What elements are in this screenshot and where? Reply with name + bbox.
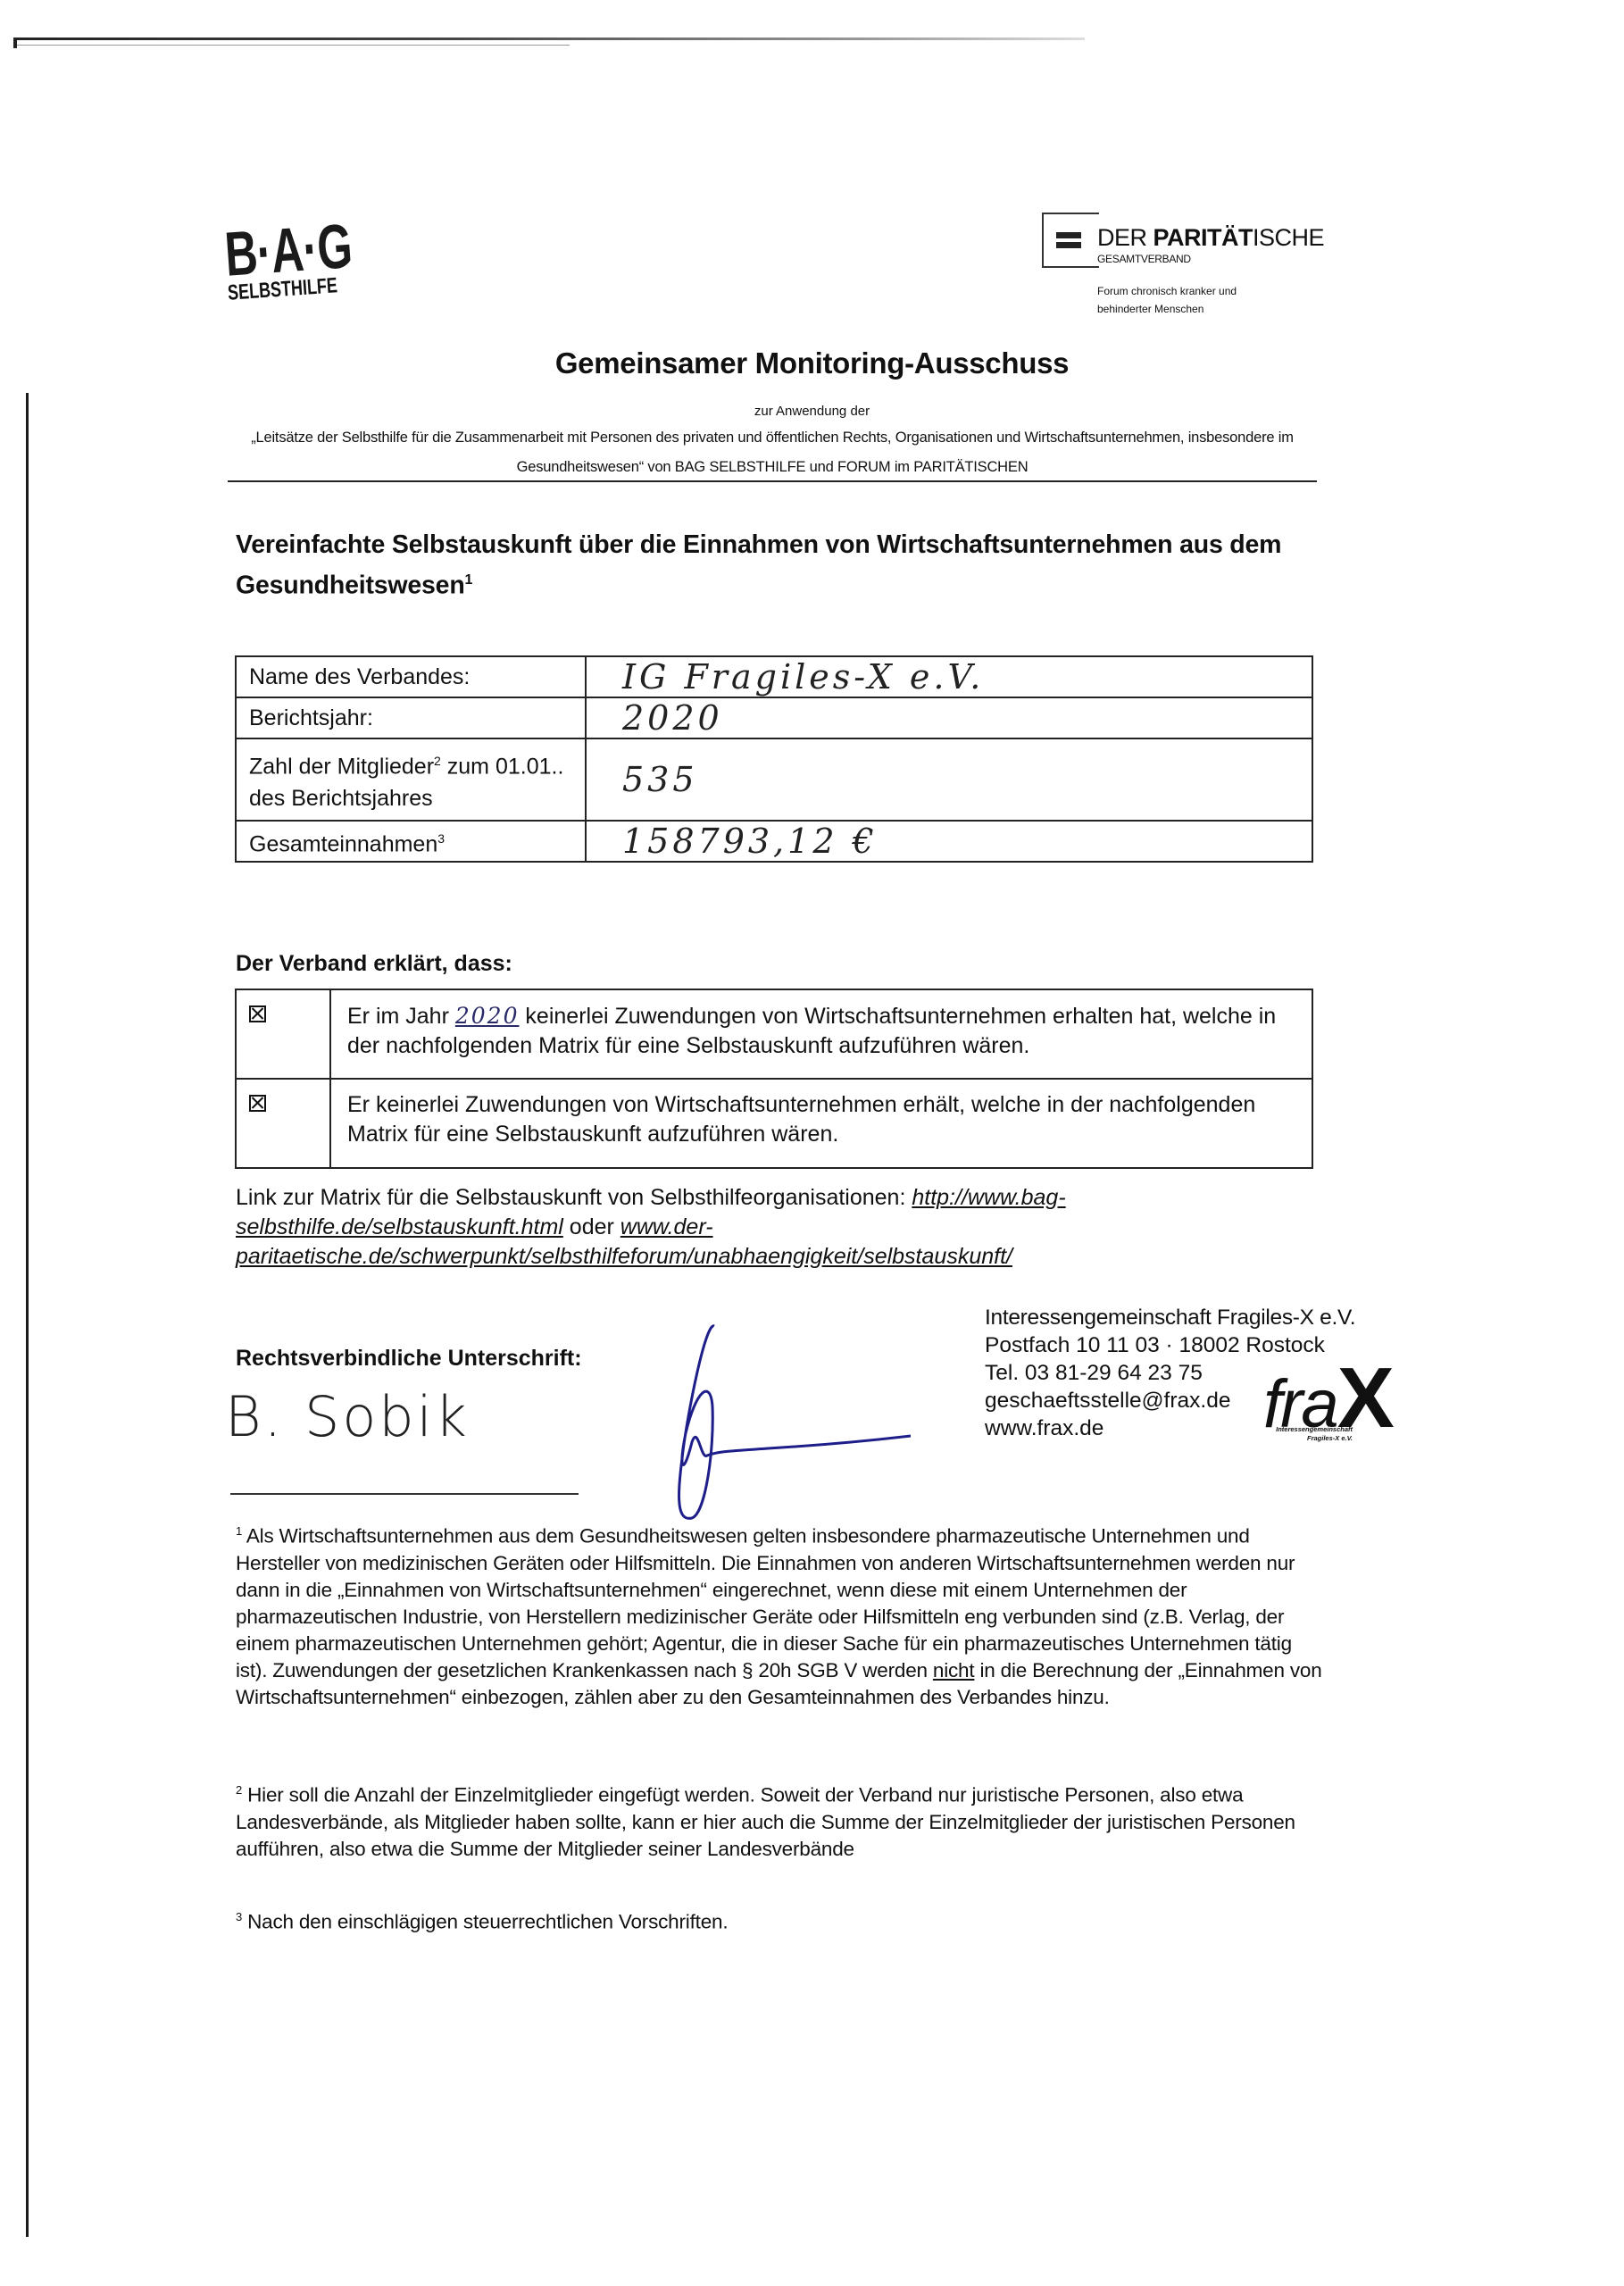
footnote-3: 3 Nach den einschlägigen steuerrechtlich…: [236, 1904, 1323, 1936]
checked-checkbox-1[interactable]: [249, 1005, 266, 1022]
declaration-heading: Der Verband erklärt, dass:: [236, 951, 512, 977]
field-value-year[interactable]: 2020: [586, 697, 1312, 738]
checked-checkbox-2[interactable]: [249, 1095, 266, 1112]
handwritten-name: B. Sobik: [225, 1384, 470, 1449]
field-label-members: Zahl der Mitglieder2 zum 01.01.. des Ber…: [236, 738, 586, 821]
scan-edge-left: [26, 393, 29, 2237]
declaration-row: Er keinerlei Zuwendungen von Wirtschafts…: [236, 1079, 1312, 1168]
association-info-table: Name des Verbandes: IG Fragiles-X e.V. B…: [235, 655, 1313, 863]
scan-edge-top-shadow: [16, 45, 570, 46]
page-subtitle: zur Anwendung der: [0, 404, 1624, 419]
stamp-organization: Interessengemeinschaft Fragiles-X e.V.: [985, 1304, 1413, 1331]
paritaetische-forum: Forum chronisch kranker und behinderter …: [1097, 282, 1294, 318]
guideline-reference: „Leitsätze der Selbsthilfe für die Zusam…: [228, 423, 1317, 482]
signature-line: [230, 1493, 579, 1495]
signature-label: Rechtsverbindliche Unterschrift:: [236, 1346, 582, 1372]
table-row: Gesamteinnahmen3 158793,12 €: [236, 821, 1312, 862]
paritaetische-logo: DER PARITÄTISCHE GESAMTVERBAND Forum chr…: [1042, 213, 1345, 329]
table-row: Name des Verbandes: IG Fragiles-X e.V.: [236, 656, 1312, 697]
field-value-name[interactable]: IG Fragiles-X e.V.: [586, 656, 1312, 697]
field-label-name: Name des Verbandes:: [236, 656, 586, 697]
signature-scribble: [652, 1317, 920, 1523]
declaration-table: Er im Jahr 2020 keinerlei Zuwendungen vo…: [235, 989, 1313, 1169]
matrix-link-paragraph: Link zur Matrix für die Selbstauskunft v…: [236, 1183, 1320, 1272]
table-row: Zahl der Mitglieder2 zum 01.01.. des Ber…: [236, 738, 1312, 821]
form-heading: Vereinfachte Selbstauskunft über die Ein…: [236, 527, 1352, 604]
table-row: Berichtsjahr: 2020: [236, 697, 1312, 738]
page-title: Gemeinsamer Monitoring-Ausschuss: [0, 346, 1624, 380]
equals-icon: [1056, 232, 1081, 252]
scan-edge-top: [13, 38, 1085, 40]
scan-corner: [13, 38, 17, 48]
paritaetische-title: DER PARITÄTISCHE: [1097, 225, 1324, 250]
header-divider: [228, 480, 1317, 482]
declaration-text-2: Er keinerlei Zuwendungen von Wirtschafts…: [330, 1079, 1312, 1168]
frax-logo: fraX InteressengemeinschaftFragiles-X e.…: [1263, 1364, 1415, 1454]
footnote-1: 1 Als Wirtschaftsunternehmen aus dem Ges…: [236, 1518, 1323, 1711]
declaration-checkbox-cell: [236, 989, 330, 1079]
paritaetische-subtitle: GESAMTVERBAND: [1097, 253, 1191, 265]
declaration-row: Er im Jahr 2020 keinerlei Zuwendungen vo…: [236, 989, 1312, 1079]
field-value-income[interactable]: 158793,12 €: [586, 821, 1312, 862]
field-value-members[interactable]: 535: [586, 738, 1312, 821]
declaration-text-1: Er im Jahr 2020 keinerlei Zuwendungen vo…: [330, 989, 1312, 1079]
field-label-year: Berichtsjahr:: [236, 697, 586, 738]
field-label-income: Gesamteinnahmen3: [236, 821, 586, 862]
frax-logo-caption: InteressengemeinschaftFragiles-X e.V.: [1219, 1425, 1353, 1443]
handwritten-year[interactable]: 2020: [455, 1003, 520, 1029]
declaration-checkbox-cell: [236, 1079, 330, 1168]
bag-selbsthilfe-logo: B·A·G SELBSTHILFE: [223, 215, 404, 305]
bag-logo-main: B·A·G: [223, 219, 354, 281]
footnote-2: 2 Hier soll die Anzahl der Einzelmitglie…: [236, 1777, 1323, 1863]
